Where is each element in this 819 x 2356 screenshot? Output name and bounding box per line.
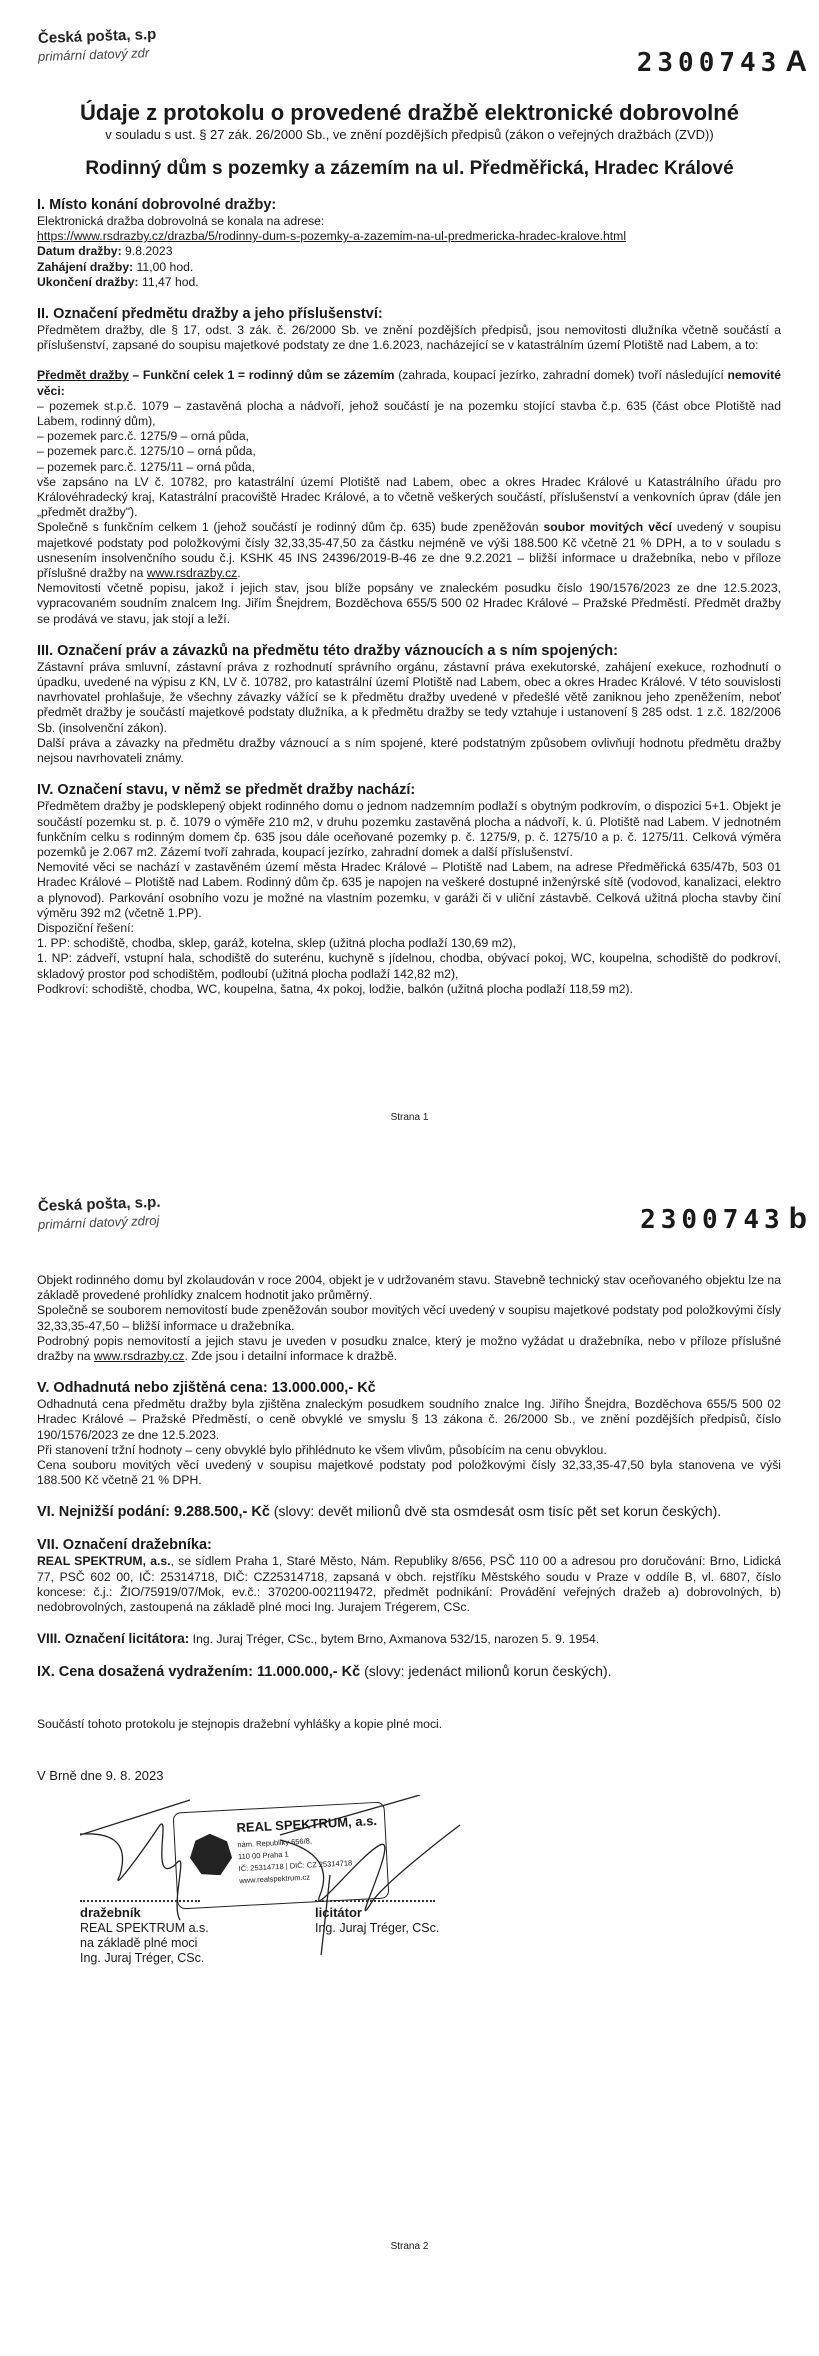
layout-item: Podkroví: schodiště, chodba, WC, koupeln… xyxy=(37,982,781,997)
stamp-source: primární datový zdr xyxy=(38,45,157,64)
section-4-paragraph: Předmětem dražby je podsklepený objekt r… xyxy=(37,799,781,860)
subject-rest: (zahrada, koupací jezírko, zahradní dome… xyxy=(395,368,728,382)
section-7-heading: VII. Označení dražebníka: xyxy=(37,1536,781,1554)
document-number: 2300743A xyxy=(637,45,807,79)
section-6-heading: VI. Nejnižší podání: 9.288.500,- Kč xyxy=(37,1504,270,1520)
movables-end: . xyxy=(237,566,240,580)
document-header: Údaje z protokolu o provedené dražbě ele… xyxy=(0,100,819,180)
section-2-paragraph: Předmětem dražby, dle § 17, odst. 3 zák.… xyxy=(37,323,781,353)
auctioneer-sign-info: REAL SPEKTRUM a.s. na základě plné moci … xyxy=(80,1921,209,1966)
page-1: Česká pošta, s.p primární datový zdr 230… xyxy=(0,0,819,1150)
document-number-digits: 2300743 xyxy=(637,48,782,78)
page-2: Česká pošta, s.p. primární datový zdroj … xyxy=(0,1150,819,2356)
auctioneer-signature-line xyxy=(80,1900,200,1902)
page-1-body: I. Místo konání dobrovolné dražby: Elekt… xyxy=(37,196,781,997)
property-item: – pozemek parc.č. 1275/10 – orná půda, xyxy=(37,444,781,459)
layout-item: 1. NP: zádveří, vstupní hala, schodiště … xyxy=(37,951,781,981)
section-1-intro: Elektronická dražba dobrovolná se konala… xyxy=(37,214,781,229)
movables-text: Společně s funkčním celkem 1 (jehož souč… xyxy=(37,520,543,534)
document-number-digits: 2300743 xyxy=(640,1205,785,1235)
section-4-paragraph: Společně se souborem nemovitostí bude zp… xyxy=(37,1303,781,1333)
auction-date-label: Datum dražby: xyxy=(37,244,122,258)
section-7: VII. Označení dražebníka: REAL SPEKTRUM,… xyxy=(37,1536,781,1615)
subject-bold: Funkční celek 1 = rodinný dům se zázemím xyxy=(143,368,395,382)
section-6-words: (slovy: devět milionů dvě sta osmdesát o… xyxy=(270,1503,721,1519)
section-5-paragraph: Odhadnutá cena předmětu dražby byla zjiš… xyxy=(37,1397,781,1443)
layout-item: 1. PP: schodiště, chodba, sklep, garáž, … xyxy=(37,936,781,951)
detail-text-2: . Zde jsou i detailní informace k dražbě… xyxy=(184,1349,397,1363)
auctioneer-name: REAL SPEKTRUM, a.s. xyxy=(37,1554,171,1568)
page-1-footer: Strana 1 xyxy=(0,1112,819,1123)
movables-paragraph: Společně s funkčním celkem 1 (jehož souč… xyxy=(37,520,781,581)
section-4-heading: IV. Označení stavu, v němž se předmět dr… xyxy=(37,781,781,799)
section-2-paragraph: vše zapsáno na LV č. 10782, pro katastrá… xyxy=(37,475,781,521)
place-date: V Brně dne 9. 8. 2023 xyxy=(37,1768,781,1783)
rsdrazby-link[interactable]: www.rsdrazby.cz xyxy=(94,1349,185,1363)
section-4-paragraph: Objekt rodinného domu byl zkolaudován v … xyxy=(37,1273,781,1303)
subject-description: Předmět dražby – Funkční celek 1 = rodin… xyxy=(37,368,781,398)
auctioneer-line: REAL SPEKTRUM a.s. xyxy=(80,1921,209,1936)
postal-stamp: Česká pošta, s.p primární datový zdr xyxy=(38,30,156,64)
auction-end-value: 11,47 hod. xyxy=(139,275,199,289)
licitator-details: Ing. Juraj Tréger, CSc., bytem Brno, Axm… xyxy=(189,1632,599,1646)
auctioneer-line: na základě plné moci xyxy=(80,1936,209,1951)
auctioneer-line: Ing. Juraj Tréger, CSc. xyxy=(80,1951,209,1966)
property-item: – pozemek parc.č. 1275/11 – orná půda, xyxy=(37,460,781,475)
section-2: II. Označení předmětu dražby a jeho přís… xyxy=(37,305,781,627)
auction-end-label: Ukončení dražby: xyxy=(37,275,139,289)
section-3-paragraph: Zástavní práva smluvní, zástavní práva z… xyxy=(37,660,781,736)
layout-label: Dispoziční řešení: xyxy=(37,921,781,936)
section-1: I. Místo konání dobrovolné dražby: Elekt… xyxy=(37,196,781,290)
auction-start: Zahájení dražby: 11,00 hod. xyxy=(37,260,781,275)
property-item: – pozemek st.p.č. 1079 – zastavěná ploch… xyxy=(37,399,781,429)
rsdrazby-link[interactable]: www.rsdrazby.cz xyxy=(147,566,238,580)
document-number-suffix: A xyxy=(785,45,807,78)
stamp-org: Česká pošta, s.p. xyxy=(38,1194,161,1215)
movables-bold: soubor movitých věcí xyxy=(543,520,671,534)
property-title: Rodinný dům s pozemky a zázemím na ul. P… xyxy=(0,158,819,180)
auction-start-label: Zahájení dražby: xyxy=(37,260,133,274)
section-4-paragraph: Podrobný popis nemovitostí a jejich stav… xyxy=(37,1334,781,1364)
licitator-signature-line xyxy=(315,1900,435,1902)
auction-url-link[interactable]: https://www.rsdrazby.cz/drazba/5/rodinny… xyxy=(37,229,626,243)
section-2-paragraph: Nemovitosti včetně popisu, jakož i jejic… xyxy=(37,581,781,627)
section-3: III. Označení práv a závazků na předmětu… xyxy=(37,642,781,766)
section-4-paragraph: Nemovité věci se nachází v zastavěném úz… xyxy=(37,860,781,921)
subject-label: Předmět dražby xyxy=(37,368,129,382)
section-5-heading: V. Odhadnutá nebo zjištěná cena: 13.000.… xyxy=(37,1379,781,1397)
section-8: VIII. Označení licitátora: Ing. Juraj Tr… xyxy=(37,1630,781,1648)
auction-end: Ukončení dražby: 11,47 hod. xyxy=(37,275,781,290)
section-8-heading: VIII. Označení licitátora: xyxy=(37,1631,189,1646)
section-2-heading: II. Označení předmětu dražby a jeho přís… xyxy=(37,305,781,323)
auction-date: Datum dražby: 9.8.2023 xyxy=(37,244,781,259)
stamp-source: primární datový zdroj xyxy=(38,1213,161,1232)
licitator-role: licitátor xyxy=(315,1905,362,1920)
document-subtitle: v souladu s ust. § 27 zák. 26/2000 Sb., … xyxy=(0,127,819,142)
section-5: V. Odhadnutá nebo zjištěná cena: 13.000.… xyxy=(37,1379,781,1488)
subject-dash: – xyxy=(129,368,143,382)
signature-block: REAL SPEKTRUM, a.s. nám. Republiky 656/8… xyxy=(80,1795,480,1945)
page-2-footer: Strana 2 xyxy=(0,2241,819,2252)
section-5-paragraph: Při stanovení tržní hodnoty – ceny obvyk… xyxy=(37,1443,781,1458)
document-number-suffix: b xyxy=(789,1202,807,1235)
section-3-paragraph: Další práva a závazky na předmětu dražby… xyxy=(37,736,781,766)
section-7-paragraph: REAL SPEKTRUM, a.s., se sídlem Praha 1, … xyxy=(37,1554,781,1615)
section-9-words: (slovy: jedenáct milionů korun českých). xyxy=(360,1663,611,1679)
licitator-name: Ing. Juraj Tréger, CSc. xyxy=(315,1921,439,1936)
section-4: IV. Označení stavu, v němž se předmět dr… xyxy=(37,781,781,997)
stamp-org: Česká pošta, s.p xyxy=(38,26,157,47)
section-9-heading: IX. Cena dosažená vydražením: 11.000.000… xyxy=(37,1664,360,1680)
section-5-paragraph: Cena souboru movitých věcí uvedený v sou… xyxy=(37,1458,781,1488)
document-title: Údaje z protokolu o provedené dražbě ele… xyxy=(0,100,819,126)
section-6: VI. Nejnižší podání: 9.288.500,- Kč (slo… xyxy=(37,1503,781,1521)
closing-note: Součástí tohoto protokolu je stejnopis d… xyxy=(37,1717,781,1732)
section-9: IX. Cena dosažená vydražením: 11.000.000… xyxy=(37,1663,781,1681)
section-3-heading: III. Označení práv a závazků na předmětu… xyxy=(37,642,781,660)
section-1-heading: I. Místo konání dobrovolné dražby: xyxy=(37,196,781,214)
document-number: 2300743b xyxy=(640,1202,807,1236)
auctioneer-role: dražebník xyxy=(80,1905,141,1920)
page-2-body: Objekt rodinného domu byl zkolaudován v … xyxy=(37,1273,781,1784)
auction-date-value: 9.8.2023 xyxy=(122,244,173,258)
property-item: – pozemek parc.č. 1275/9 – orná půda, xyxy=(37,429,781,444)
postal-stamp: Česká pošta, s.p. primární datový zdroj xyxy=(38,1198,161,1232)
auction-start-value: 11,00 hod. xyxy=(133,260,193,274)
